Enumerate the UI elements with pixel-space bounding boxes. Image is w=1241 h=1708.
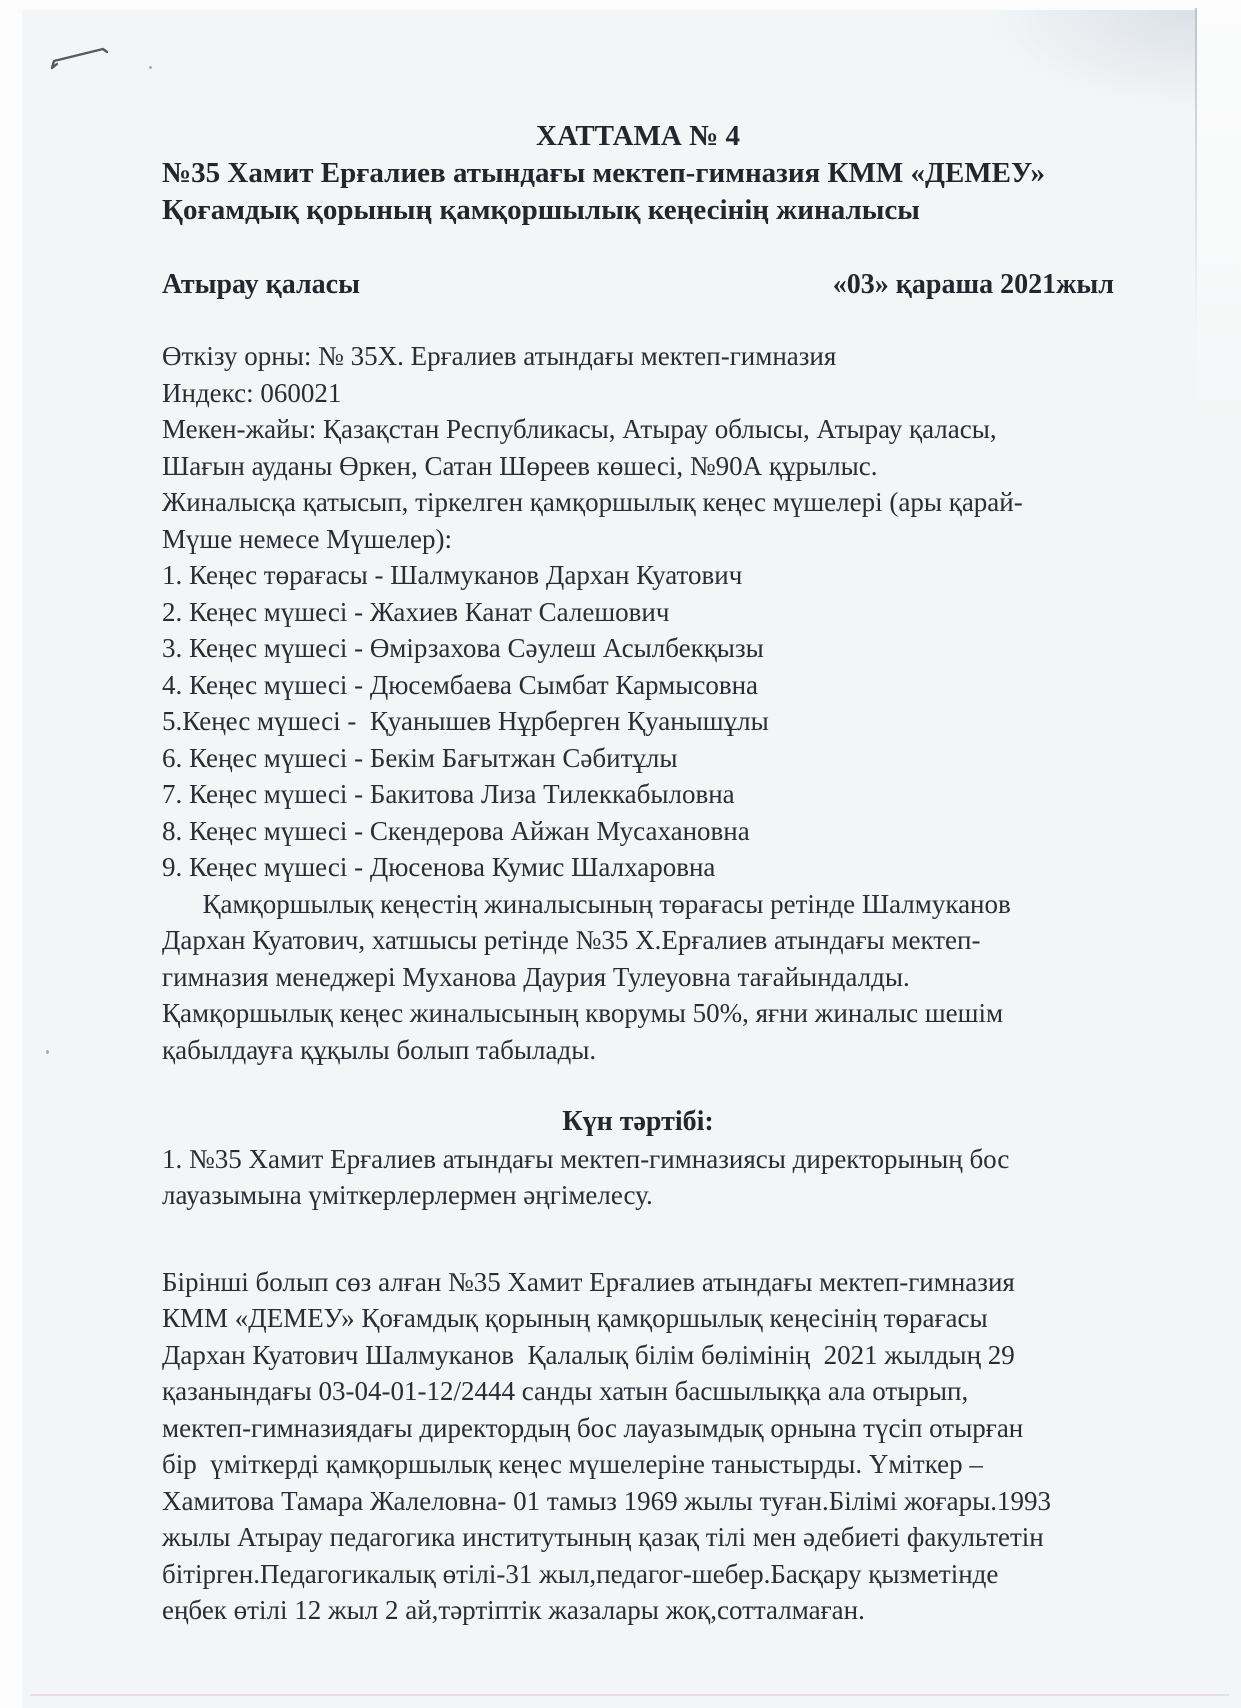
- scan-edge-bottom: [30, 1694, 1229, 1696]
- text-line: қазанындағы 03-04-01-12/2444 санды хатын…: [162, 1373, 1114, 1410]
- scan-edge-right-strip: [1197, 0, 1241, 430]
- document-content: ХАТТАМА № 4 №35 Хамит Ерғалиев атындағы …: [162, 0, 1114, 1629]
- text-line: мектеп-гимназиядағы директордың бос лауа…: [162, 1410, 1114, 1447]
- text-line: 9. Кеңес мүшесі - Дюсенова Кумис Шалхаро…: [162, 849, 1114, 886]
- text-line: бір үміткерді қамқоршылық кеңес мүшелері…: [162, 1446, 1114, 1483]
- text-line: 7. Кеңес мүшесі - Бакитова Лиза Тилеккаб…: [162, 776, 1114, 813]
- text-line: лауазымына үміткерлерлермен әңгімелесу.: [162, 1177, 1114, 1214]
- pen-mark: [44, 40, 116, 72]
- text-line: Мүше немесе Мүшелер):: [162, 521, 1114, 558]
- text-line: №35 Хамит Ерғалиев атындағы мектеп-гимна…: [162, 155, 1114, 192]
- text-line: 1. №35 Хамит Ерғалиев атындағы мектеп-ги…: [162, 1141, 1114, 1178]
- members-list: 1. Кеңес төрағасы - Шалмуканов Дархан Ку…: [162, 557, 1114, 886]
- scan-edge-right-line: [1195, 8, 1197, 328]
- text-line: қабылдауға құқылы болып табылады.: [162, 1032, 1114, 1069]
- venue-info-block: Өткізу орны: № 35Х. Ерғалиев атындағы ме…: [162, 338, 1114, 557]
- place-date-row: Атырау қаласы «03» қараша 2021жыл: [162, 266, 1114, 303]
- text-line: Қоғамдық қорының қамқоршылық кеңесінің ж…: [162, 192, 1114, 229]
- text-line: Қамқоршылық кеңес жиналысының кворумы 50…: [162, 995, 1114, 1032]
- text-line: бітірген.Педагогикалық өтілі-31 жыл,педа…: [162, 1556, 1114, 1593]
- agenda-items: 1. №35 Хамит Ерғалиев атындағы мектеп-ги…: [162, 1141, 1114, 1214]
- text-line: Қамқоршылық кеңестің жиналысының төрағас…: [162, 886, 1114, 923]
- place-label: Атырау қаласы: [162, 266, 360, 303]
- scanned-document-page: ХАТТАМА № 4 №35 Хамит Ерғалиев атындағы …: [0, 0, 1241, 1708]
- document-subtitle: №35 Хамит Ерғалиев атындағы мектеп-гимна…: [162, 155, 1114, 229]
- text-line: Дархан Куатович Шалмуканов Қалалық білім…: [162, 1337, 1114, 1374]
- scan-speck: [149, 66, 152, 69]
- text-line: 2. Кеңес мүшесі - Жахиев Канат Салешович: [162, 594, 1114, 631]
- speech-paragraph: Бірінші болып сөз алған №35 Хамит Ерғали…: [162, 1264, 1114, 1629]
- text-line: еңбек өтілі 12 жыл 2 ай,тәртіптік жазала…: [162, 1592, 1114, 1629]
- text-line: 4. Кеңес мүшесі - Дюсембаева Сымбат Карм…: [162, 667, 1114, 704]
- text-line: жылы Атырау педагогика институтының қаза…: [162, 1519, 1114, 1556]
- text-line: 3. Кеңес мүшесі - Өмірзахова Сәулеш Асыл…: [162, 630, 1114, 667]
- text-line: Мекен-жайы: Қазақстан Республикасы, Атыр…: [162, 411, 1114, 448]
- text-line: 6. Кеңес мүшесі - Бекім Бағытжан Сәбитұл…: [162, 740, 1114, 777]
- scan-speck: [46, 1050, 49, 1054]
- text-line: 8. Кеңес мүшесі - Скендерова Айжан Мусах…: [162, 813, 1114, 850]
- text-line: 1. Кеңес төрағасы - Шалмуканов Дархан Ку…: [162, 557, 1114, 594]
- text-line: Хамитова Тамара Жалеловна- 01 тамыз 1969…: [162, 1483, 1114, 1520]
- text-line: Өткізу орны: № 35Х. Ерғалиев атындағы ме…: [162, 338, 1114, 375]
- text-line: Шағын ауданы Өркен, Сатан Шөреев көшесі,…: [162, 448, 1114, 485]
- text-line: Жиналысқа қатысып, тіркелген қамқоршылық…: [162, 484, 1114, 521]
- text-line: Индекс: 060021: [162, 375, 1114, 412]
- text-line: Дархан Куатович, хатшысы ретінде №35 Х.Е…: [162, 922, 1114, 959]
- text-line: КММ «ДЕМЕУ» Қоғамдық қорының қамқоршылық…: [162, 1300, 1114, 1337]
- date-label: «03» қараша 2021жыл: [833, 266, 1114, 303]
- document-title: ХАТТАМА № 4: [162, 118, 1114, 155]
- text-line: гимназия менеджері Муханова Даурия Тулеу…: [162, 959, 1114, 996]
- text-line: Бірінші болып сөз алған №35 Хамит Ерғали…: [162, 1264, 1114, 1301]
- agenda-heading: Күн тәртібі:: [162, 1104, 1114, 1141]
- text-line: 5.Кеңес мүшесі - Қуанышев Нұрберген Қуан…: [162, 703, 1114, 740]
- appointment-paragraph: Қамқоршылық кеңестің жиналысының төрағас…: [162, 886, 1114, 1069]
